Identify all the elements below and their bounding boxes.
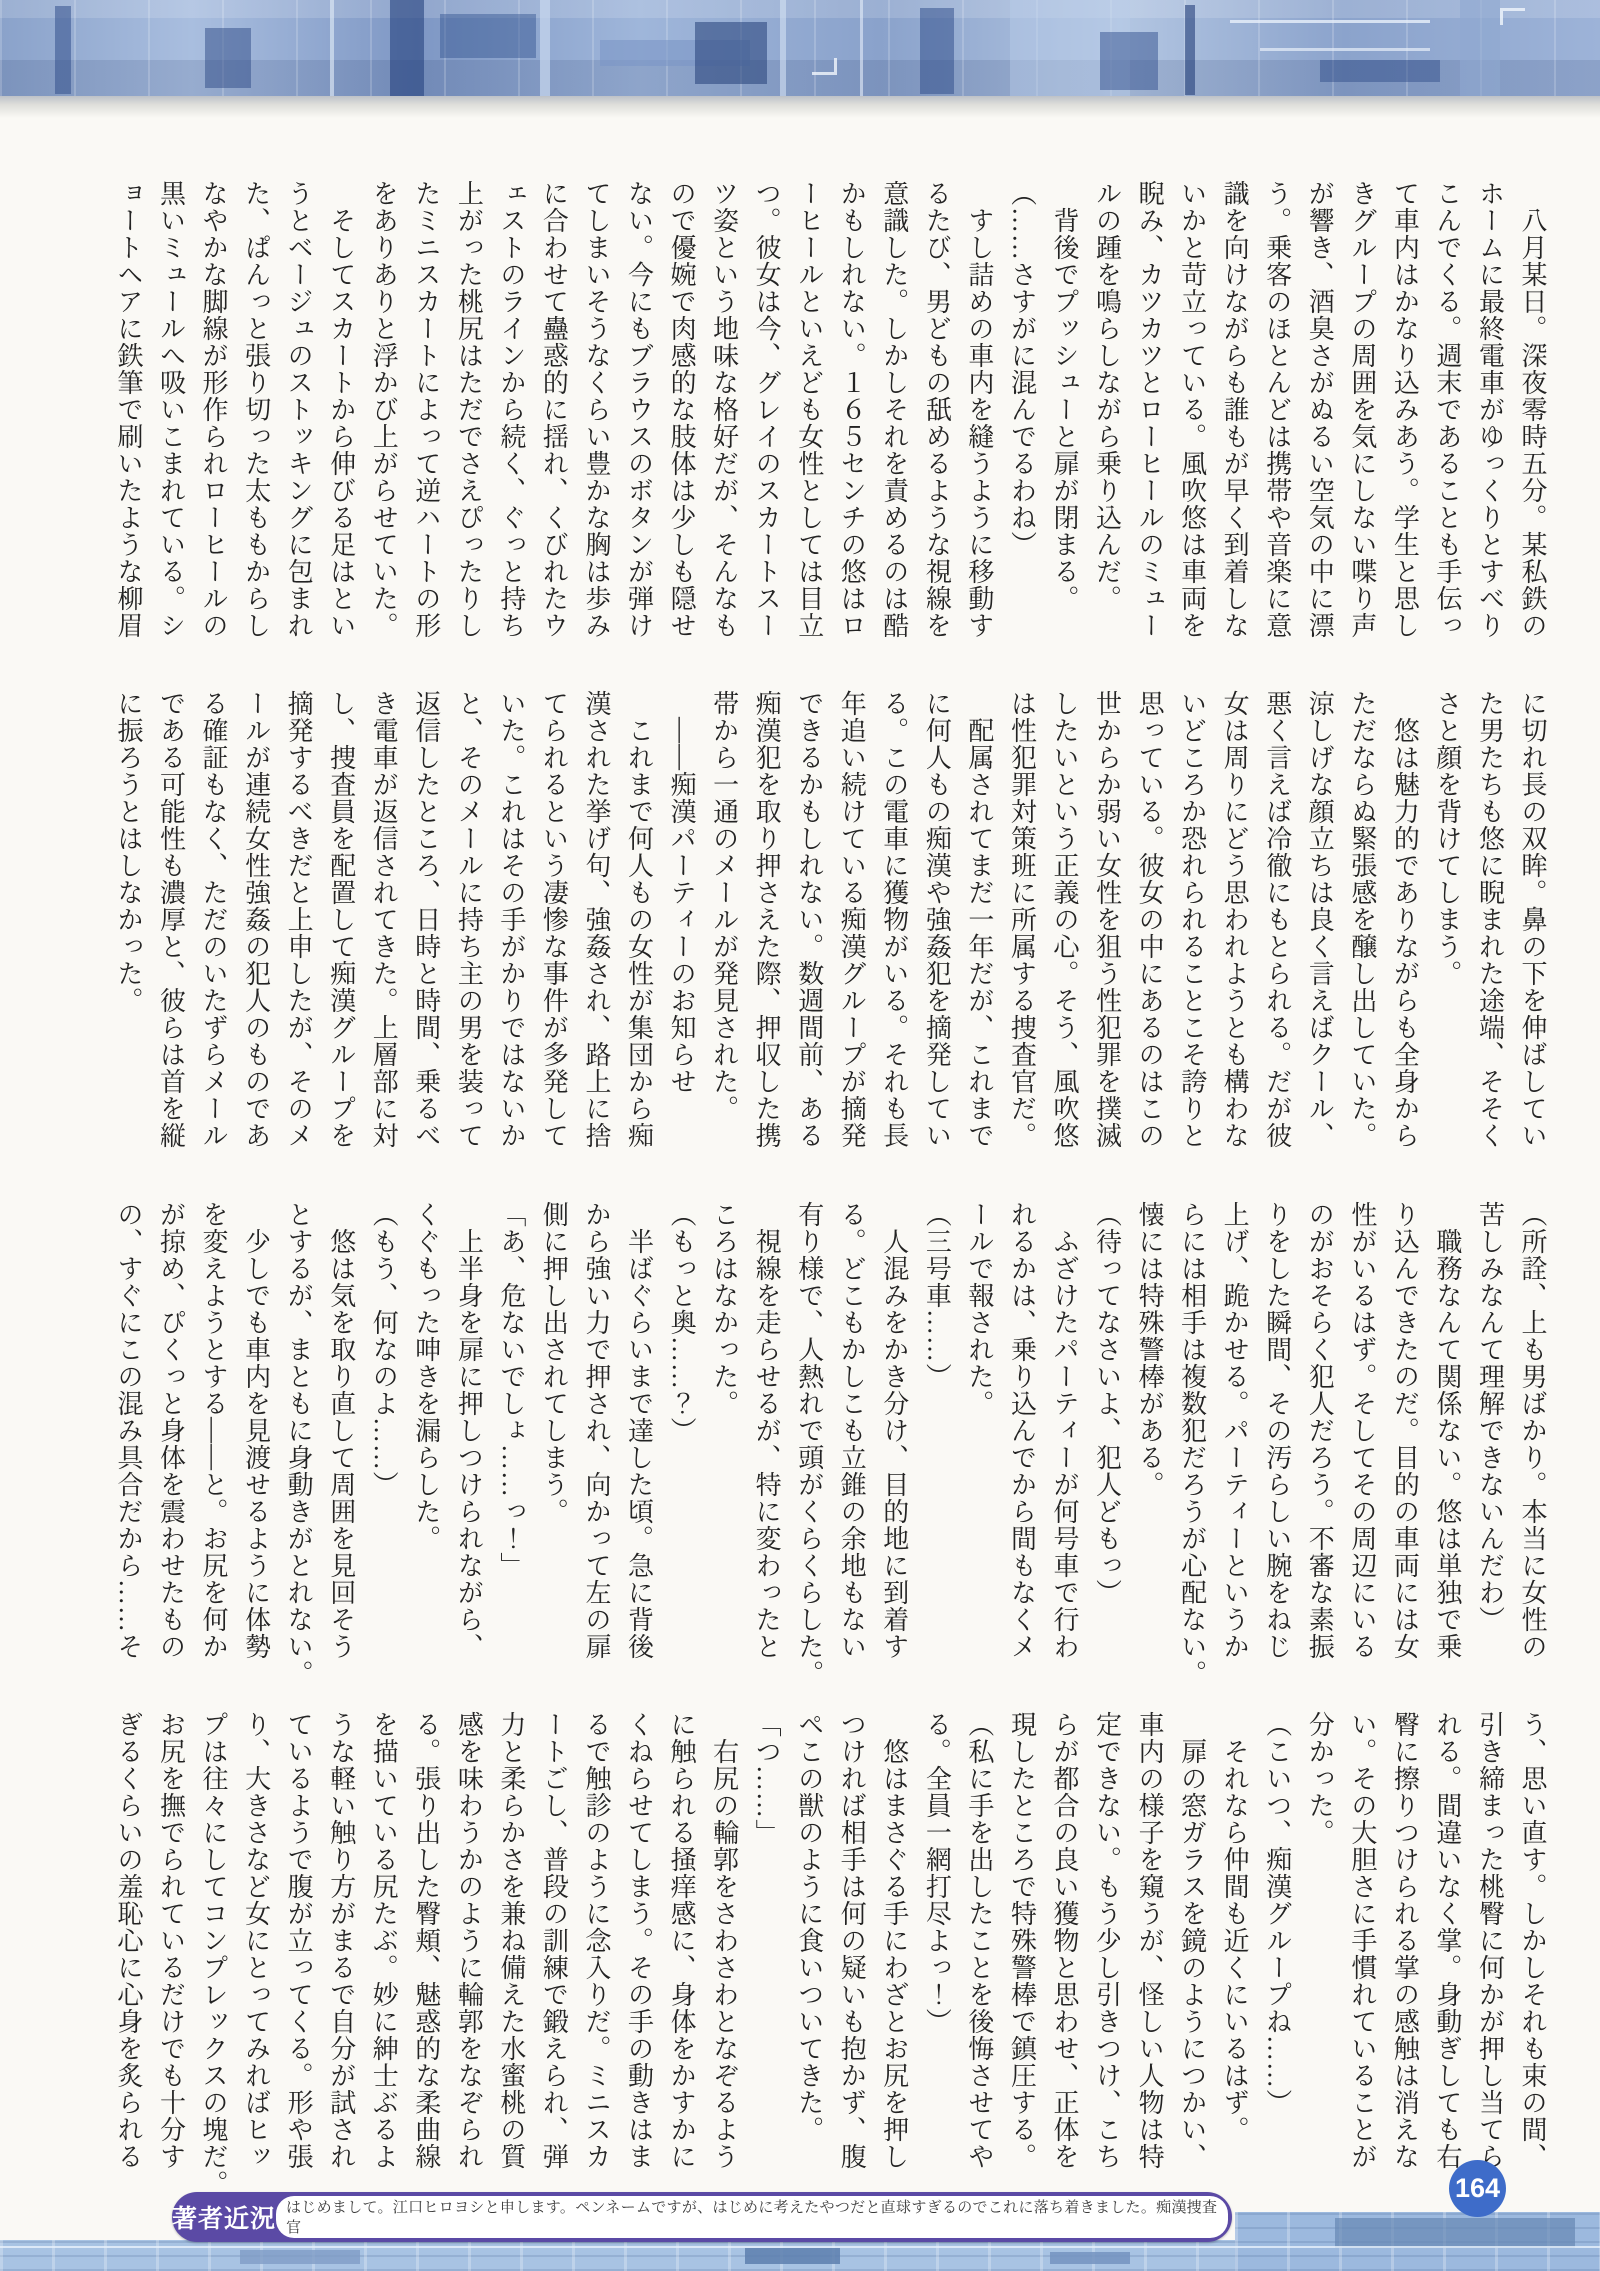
page-number-badge: 164 — [1449, 2160, 1506, 2217]
header-art-shape — [390, 0, 424, 96]
book-page: 八月某日。深夜零時五分。某私鉄の ホームに最終電車がゆっくりとすべり こんでくる… — [0, 0, 1600, 2271]
bottom-strip-shape — [0, 2246, 1600, 2248]
header-art-shape — [1260, 48, 1430, 51]
story-block-1: 八月某日。深夜零時五分。某私鉄の ホームに最終電車がゆっくりとすべり こんでくる… — [106, 180, 1553, 652]
author-note-label: 著者近況 — [172, 2192, 276, 2242]
bottom-strip-shape — [1335, 2218, 1575, 2248]
story-block-4: う、思い直す。しかしそれも束の間、 引き締まった桃臀に何かが押し当てら れる。間… — [106, 1711, 1553, 2183]
story-block-3: （所詮、上も男ばかり。本当に女性の 苦しみなんて理解できないんだわ） 職務なんて… — [106, 1201, 1553, 1673]
story-block-2: に切れ長の双眸。鼻の下を伸ばしてい た男たちも悠に睨まれた途端、そそく さと顔を… — [106, 690, 1553, 1162]
header-art-shape — [860, 0, 863, 96]
header-art-shape — [540, 0, 550, 96]
header-shadow — [0, 96, 1600, 118]
header-art-shape — [780, 0, 786, 96]
header-art-shape — [205, 28, 251, 88]
header-art-shape — [920, 8, 954, 94]
header-art-shape — [330, 0, 334, 96]
header-art-shape — [1185, 5, 1195, 95]
header-artwork — [0, 0, 1600, 96]
bottom-strip-shape — [240, 2250, 360, 2264]
bottom-strip-shape — [1050, 2252, 1130, 2264]
header-art-shape — [695, 22, 767, 84]
header-art-shape — [55, 6, 71, 94]
header-art-shape — [812, 58, 837, 75]
header-art-shape — [440, 14, 536, 58]
bottom-strip-shape — [745, 2248, 840, 2264]
header-art-shape — [1230, 20, 1430, 23]
header-art-shape — [1100, 32, 1158, 90]
header-art-shape — [1320, 60, 1440, 82]
author-note-box: 著者近況 はじめまして。江口ヒロヨシと申します。ペンネームですが、はじめに考えた… — [172, 2192, 1232, 2242]
author-note-line1: はじめまして。江口ヒロヨシと申します。ペンネームですが、はじめに考えたやつだと直… — [286, 2198, 1218, 2238]
author-note-text: はじめまして。江口ヒロヨシと申します。ペンネームですが、はじめに考えたやつだと直… — [276, 2196, 1228, 2238]
header-art-shape — [1500, 8, 1525, 25]
header-art-shape — [1460, 0, 1500, 96]
